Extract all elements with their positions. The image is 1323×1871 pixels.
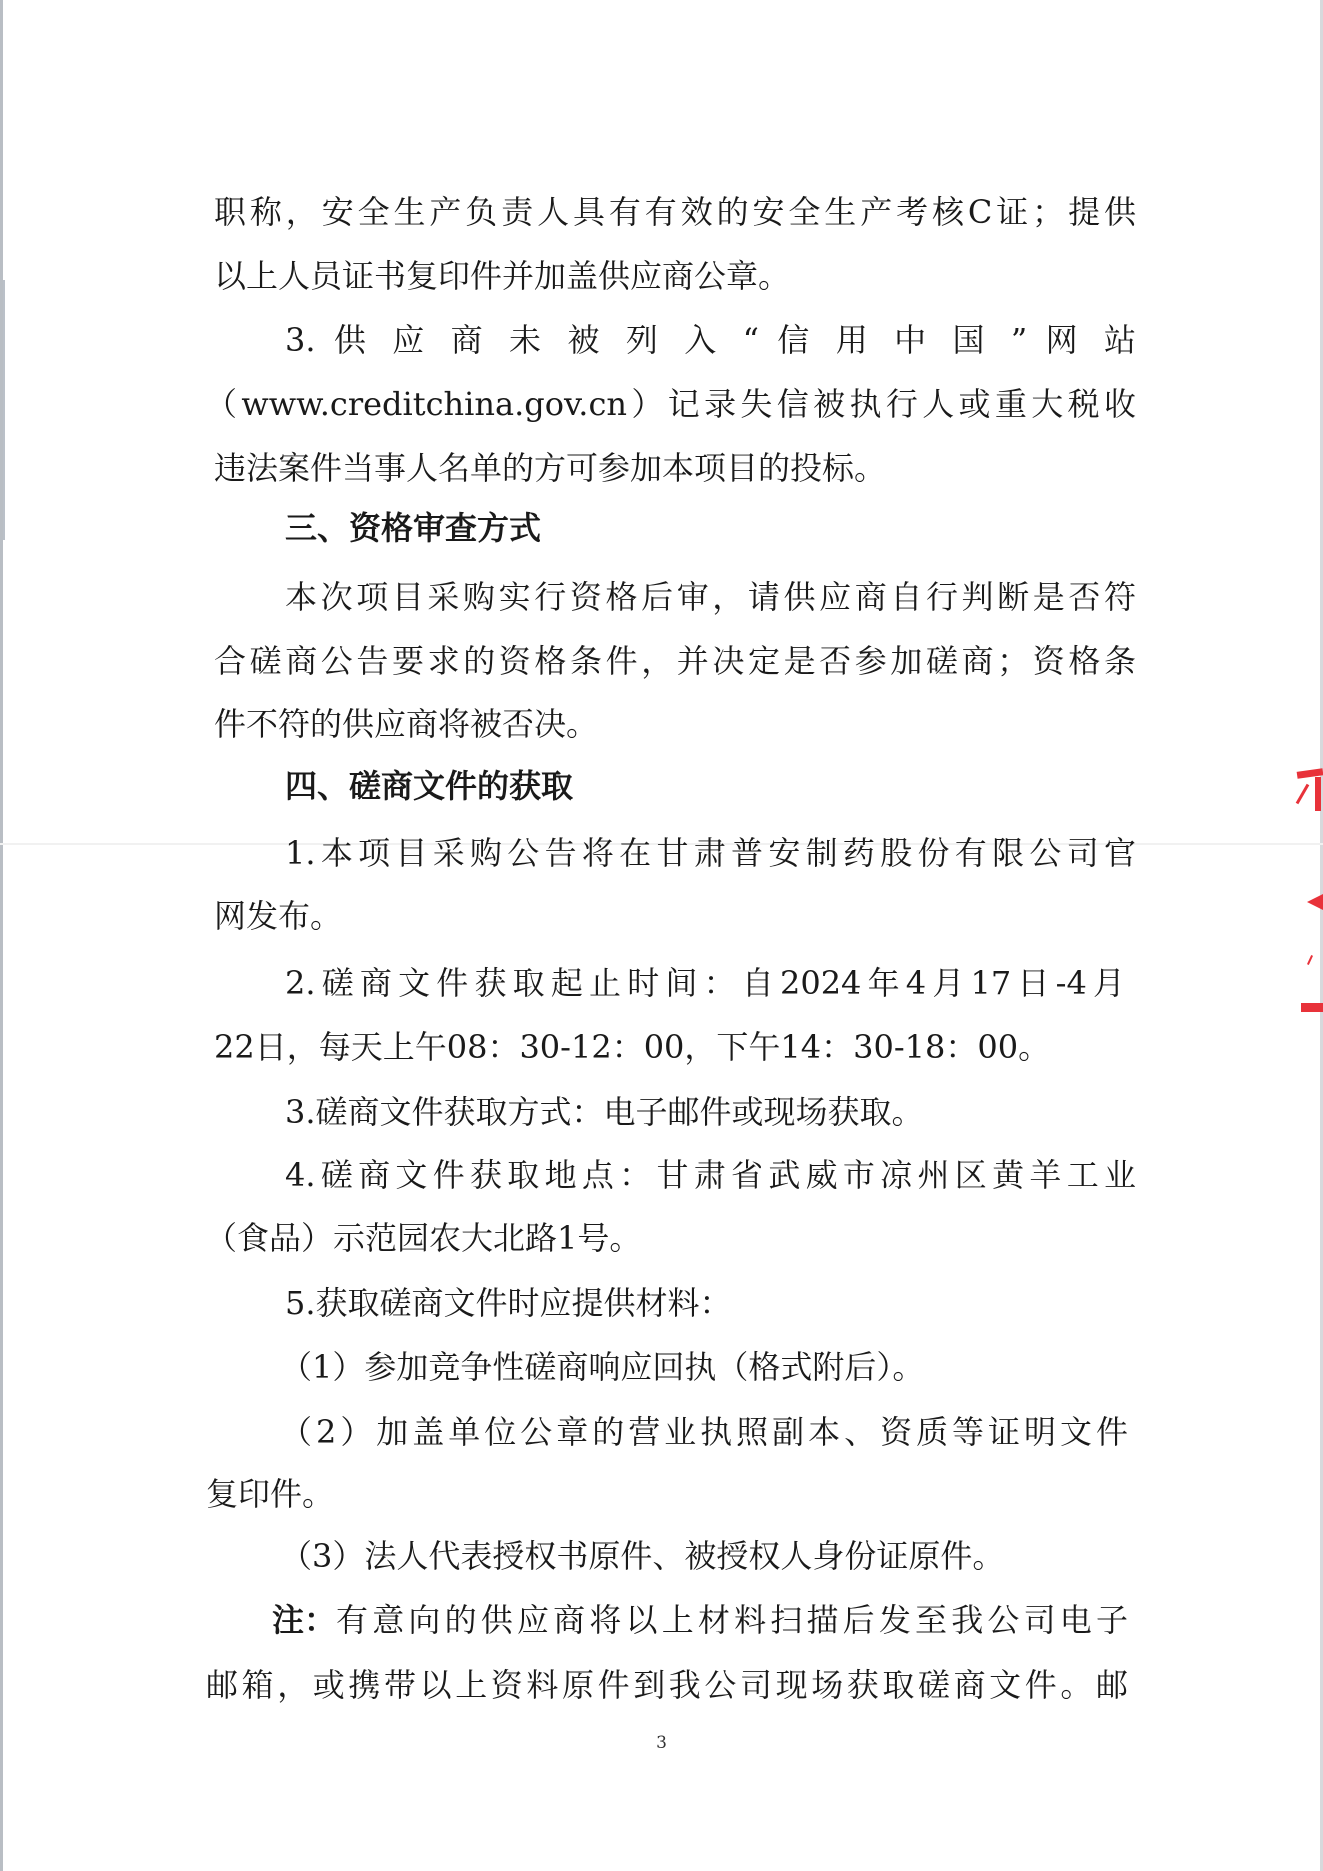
text-line: 邮箱，或携带以上资料原件到我公司现场获取磋商文件。邮 [206,1665,1128,1705]
text-line: （食品）示范园农大北路1号。 [205,1218,1127,1258]
text-line: 有意向的供应商将以上材料扫描后发至我公司电子 [336,1600,1128,1640]
text-line: （1）参加竞争性磋商响应回执（格式附后）。 [280,1347,924,1387]
text-line: 职称，安全生产负责人具有有效的安全生产考核C证；提供 [214,192,1136,232]
text-line: （3）法人代表授权书原件、被授权人身份证原件。 [280,1536,1004,1576]
text-line: （www.creditchina.gov.cn）记录失信被执行人或重大税收 [205,384,1136,424]
text-line: 以上人员证书复印件并加盖供应商公章。 [214,256,1136,296]
text-line: （2）加盖单位公章的营业执照副本、资质等证明文件 [280,1412,1128,1452]
note-label: 注： [272,1600,336,1640]
text-line: 2.磋商文件获取起止时间：自2024年4月17日-4月 [285,963,1125,1003]
text-line: 网发布。 [214,896,1136,936]
text-line: 4.磋商文件获取地点：甘肃省武威市凉州区黄羊工业 [285,1155,1136,1195]
page-number: 3 [0,1733,1323,1753]
text-line: 违法案件当事人名单的方可参加本项目的投标。 [214,448,1136,488]
note-line: 注： 有意向的供应商将以上材料扫描后发至我公司电子 [272,1600,1128,1640]
text-line: 复印件。 [206,1474,1128,1514]
text-line: 合磋商公告要求的资格条件，并决定是否参加磋商；资格条 [214,641,1136,681]
text-line: 3. 供 应 商 未 被 列 入 “ 信 用 中 国 ” 网 站 [285,320,1136,360]
text-line: 22日，每天上午08：30-12：00，下午14：30-18：00。 [214,1027,1136,1067]
text-line: 1.本项目采购公告将在甘肃普安制药股份有限公司官 [285,833,1136,873]
section-heading: 三、资格审查方式 [285,508,541,548]
text-line: 3.磋商文件获取方式：电子邮件或现场获取。 [285,1092,924,1132]
red-seal-fragment [1287,765,1323,1065]
text-line: 件不符的供应商将被否决。 [214,704,1136,744]
text-line: 5.获取磋商文件时应提供材料： [285,1283,732,1323]
scan-edge-mark [3,280,5,540]
text-line: 本次项目采购实行资格后审，请供应商自行判断是否符 [285,577,1136,617]
section-heading: 四、磋商文件的获取 [285,766,573,806]
